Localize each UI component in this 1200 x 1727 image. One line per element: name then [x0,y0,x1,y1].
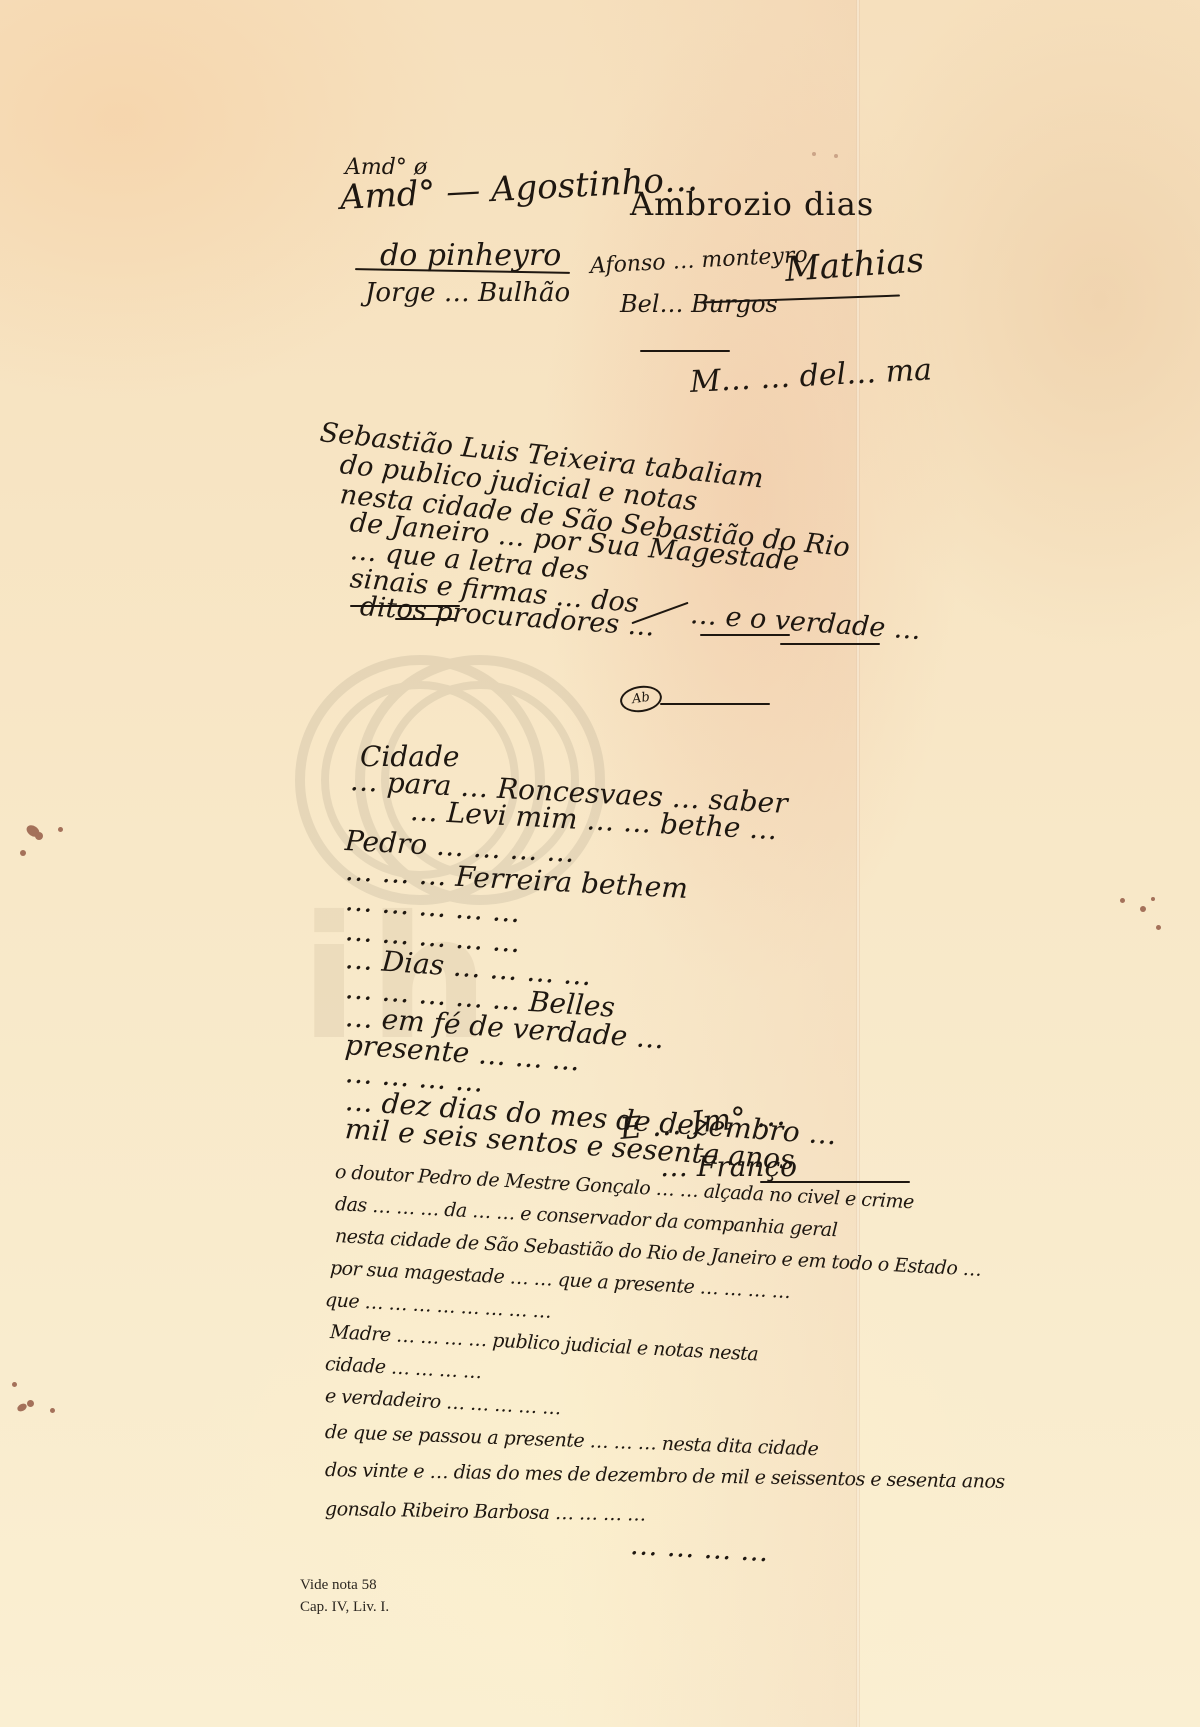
separator-rule [660,703,770,705]
footnote-line-1: Vide nota 58 [300,1574,389,1596]
footnote-line-2: Cap. IV, Liv. I. [300,1596,389,1618]
stain-spot [58,827,63,832]
text-line: cidade … … … … [324,1350,482,1387]
stain-spot [35,832,43,840]
signature-burgos: Bel… Burgos [620,290,778,318]
stain-spot [50,1408,55,1413]
signature-mathias: Mathias [784,240,926,290]
stain-spot [812,152,816,156]
stain-spot [27,1400,34,1407]
text-line: dos vinte e … dias do mes de dezembro de… [325,1456,1005,1497]
stain-spot [1151,897,1155,901]
stain-spot [20,850,26,856]
footnote: Vide nota 58 Cap. IV, Liv. I. [300,1574,389,1618]
signature-do-pinheyro: do pinheyro [380,238,561,273]
line-filler [350,605,460,607]
line-filler [395,618,455,620]
stain-spot [1156,925,1161,930]
underline-rule [640,350,730,352]
stain-spot [1120,898,1125,903]
signature-ambrozio-dias: Ambrozio dias [630,185,874,223]
text-line: e verdadeiro … … … … … [324,1382,561,1423]
stain-spot [12,1382,17,1387]
stain-spot [834,154,838,158]
text-line: gonsalo Ribeiro Barbosa … … … … [325,1495,646,1530]
signature-jorge: Jorge … Bulhão [365,278,570,308]
stain-spot [1140,906,1146,912]
line-filler [780,643,880,645]
line-filler [700,634,790,636]
